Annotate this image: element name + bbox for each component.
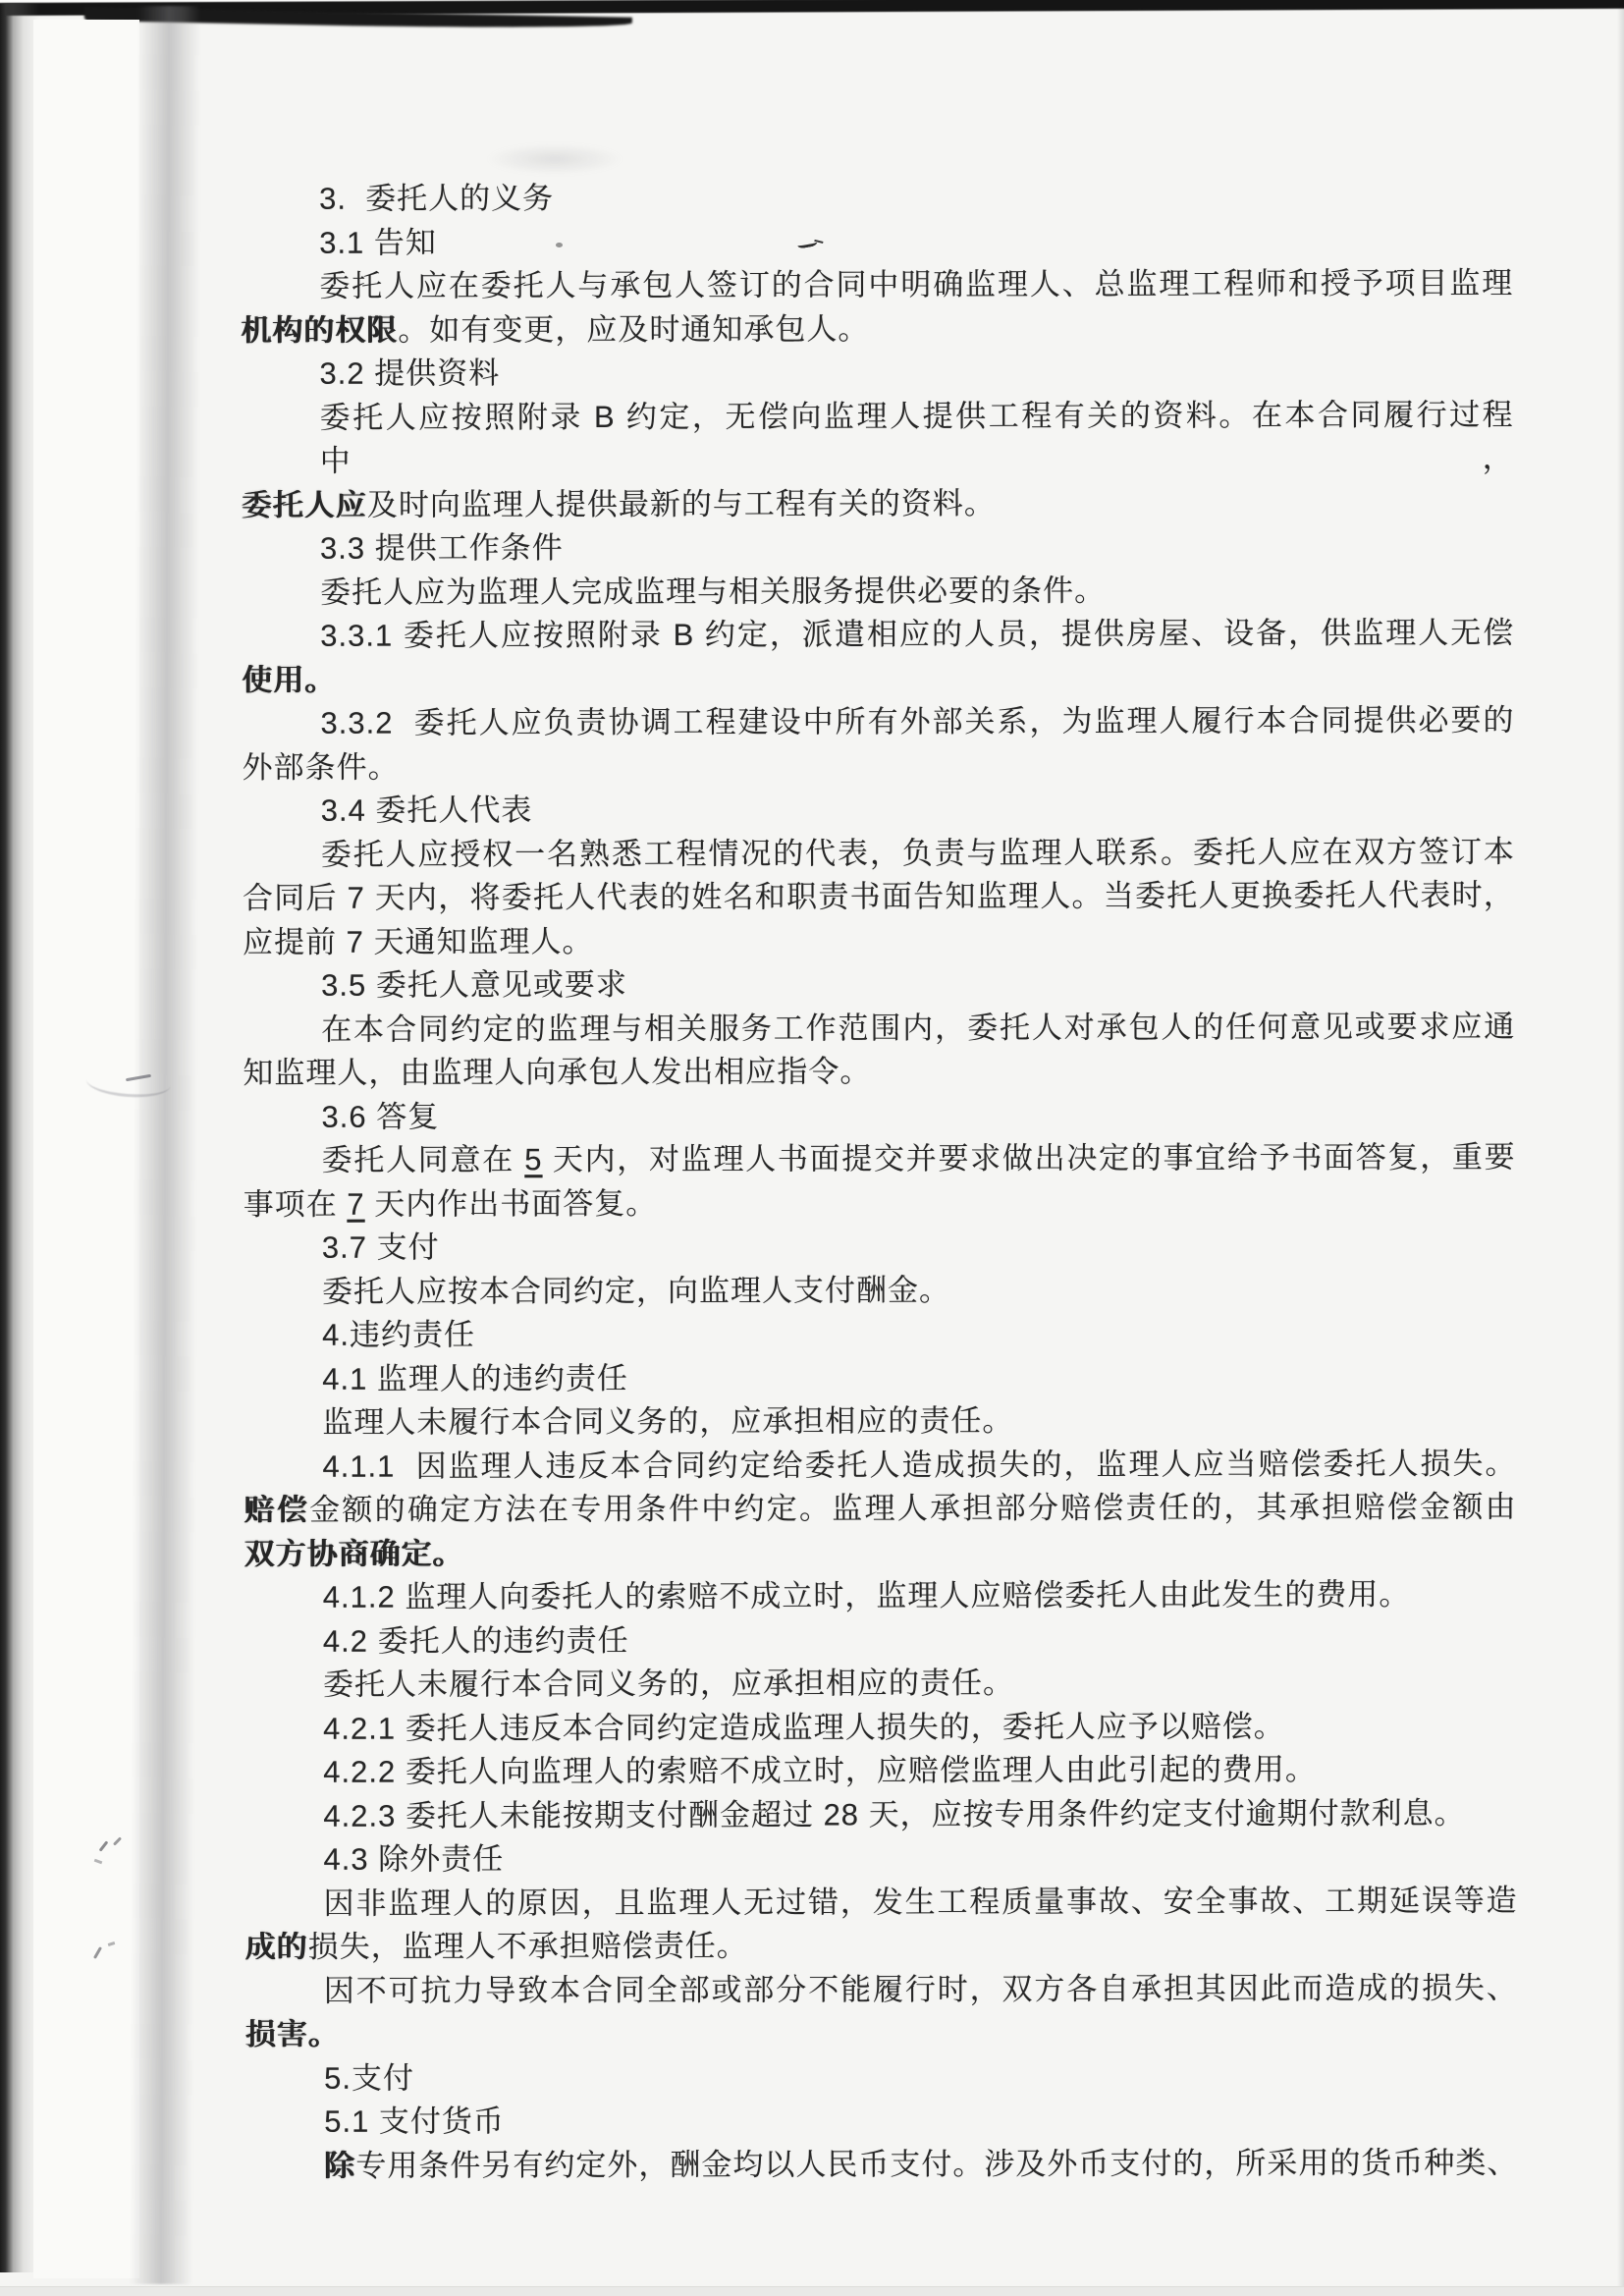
text-segment: 。如有变更，应及时通知承包人。 — [398, 311, 869, 347]
text-line: 事项在 7 天内作出书面答复。 — [244, 1179, 1516, 1227]
contract-text-block: 3. 委托人的义务3.1 告知委托人应在委托人与承包人签订的合同中明确监理人、总… — [241, 175, 1518, 2188]
text-line: 成的损失，监理人不承担赔偿责任。 — [245, 1923, 1518, 1970]
text-line: 4.2.3 委托人未能按期支付酬金超过 28 天，应按专用条件约定支付逾期付款利… — [244, 1791, 1517, 1838]
text-line: 3.2 提供资料 — [241, 350, 1513, 397]
text-line: 使用。 — [242, 655, 1514, 702]
text-line: 3.3 提供工作条件 — [242, 524, 1514, 572]
text-line: 因不可抗力导致本合同全部或部分不能履行时，双方各自承担其因此而造成的损失、 — [245, 1966, 1518, 2013]
text-line: 4.1.2 监理人向委托人的索赔不成立时，监理人应赔偿委托人由此发生的费用。 — [244, 1573, 1517, 1620]
scanned-contract-page: { "page": { "kind": "scanned contract pa… — [0, 0, 1624, 2296]
text-line: 应提前 7 天通知监理人。 — [243, 917, 1515, 964]
text-segment: 委托人应为监理人完成监理与相关服务提供必要的条件。 — [320, 573, 1106, 609]
text-segment: 3.3.2 委托人应负责协调工程建设中所有外部关系，为监理人履行本合同提供必要的 — [320, 703, 1514, 740]
text-segment: 专用条件另有约定外，酬金均以人民币支付。涉及外币支付的，所采用的货币种类、 — [355, 2145, 1518, 2182]
text-line: 委托人应按照附录 B 约定，无偿向监理人提供工程有关的资料。在本合同履行过程中， — [242, 393, 1514, 483]
text-line: 3.5 委托人意见或要求 — [243, 961, 1515, 1009]
text-line: 5.支付 — [245, 2053, 1518, 2101]
text-segment: 监理人未履行本合同义务的，应承担相应的责任。 — [322, 1403, 1013, 1440]
text-line: 3.1 告知 — [241, 218, 1513, 265]
text-segment: 4.2.1 委托人违反本合同约定造成监理人损失的，委托人应予以赔偿。 — [323, 1709, 1285, 1746]
text-segment: 事项在 — [244, 1186, 348, 1221]
text-segment: 委托人应 — [242, 487, 367, 521]
text-segment: 机构的权限 — [241, 312, 398, 347]
text-line: 4.1.1 因监理人违反本合同约定给委托人造成损失的，监理人应当赔偿委托人损失。 — [244, 1442, 1516, 1489]
filled-blank-value: 5 — [524, 1142, 542, 1176]
text-line: 外部条件。 — [243, 742, 1515, 790]
text-segment: 5.1 支付货币 — [324, 2104, 505, 2138]
text-line: 4.3 除外责任 — [244, 1835, 1517, 1883]
text-segment: 3.2 提供资料 — [319, 355, 500, 390]
text-line: 双方协商确定。 — [244, 1529, 1517, 1576]
text-segment: 4.3 除外责任 — [323, 1841, 504, 1876]
text-line: 4.2.1 委托人违反本合同约定造成监理人损失的，委托人应予以赔偿。 — [244, 1704, 1517, 1751]
text-segment: 赔偿 — [244, 1493, 310, 1527]
text-line: 委托人应在委托人与承包人签订的合同中明确监理人、总监理工程师和授予项目监理 — [241, 262, 1513, 309]
text-line: 3.4 委托人代表 — [243, 787, 1515, 834]
text-line: 因非监理人的原因，且监理人无过错，发生工程质量事故、安全事故、工期延误等造 — [245, 1879, 1518, 1926]
text-segment: 3.6 答复 — [321, 1099, 439, 1133]
text-segment: 3.4 委托人代表 — [321, 793, 533, 828]
text-line: 委托人应按本合同约定，向监理人支付酬金。 — [244, 1267, 1516, 1314]
text-line: 3.7 支付 — [244, 1224, 1516, 1271]
text-segment: 知监理人，由监理人向承包人发出相应指令。 — [243, 1054, 871, 1090]
text-segment: 双方协商确定。 — [244, 1536, 464, 1571]
text-segment: 4.2 委托人的违约责任 — [323, 1622, 629, 1658]
text-segment: 3. 委托人的义务 — [319, 181, 554, 216]
text-line: 4.违约责任 — [244, 1311, 1516, 1358]
ink-bleed-smudge — [486, 143, 623, 175]
page-edge-right-shadow — [1617, 0, 1624, 2296]
text-segment: 3.5 委托人意见或要求 — [321, 967, 627, 1003]
text-line: 监理人未履行本合同义务的，应承担相应的责任。 — [244, 1398, 1516, 1446]
text-line: 4.2 委托人的违约责任 — [244, 1616, 1517, 1664]
text-segment: 金额的确定方法在专用条件中约定。监理人承担部分赔偿责任的，其承担赔偿金额由 — [309, 1490, 1517, 1527]
text-segment: 3.3.1 委托人应按照附录 B 约定，派遣相应的人员，提供房屋、设备，供监理人… — [320, 616, 1514, 653]
text-segment: 应提前 7 天通知监理人。 — [243, 924, 594, 959]
text-segment: 及时向监理人提供最新的与工程有关的资料。 — [367, 485, 996, 521]
text-segment: 外部条件。 — [243, 749, 400, 784]
text-segment: 在本合同约定的监理与相关服务工作范围内，委托人对承包人的任何意见或要求应通 — [321, 1009, 1515, 1046]
text-line: 3. 委托人的义务 — [241, 175, 1513, 222]
text-segment: 3.1 告知 — [319, 225, 437, 259]
text-line: 4.2.2 委托人向监理人的索赔不成立时，应赔偿监理人由此引起的费用。 — [244, 1748, 1517, 1795]
text-segment: 损失，监理人不承担赔偿责任。 — [308, 1929, 748, 1964]
text-segment: 4.2.2 委托人向监理人的索赔不成立时，应赔偿监理人由此引起的费用。 — [323, 1752, 1317, 1789]
text-segment: 委托人应按照附录 B 约定，无偿向监理人提供工程有关的资料。在本合同履行过程中， — [320, 397, 1514, 478]
text-segment: 4.违约责任 — [322, 1317, 475, 1351]
text-line: 机构的权限。如有变更，应及时通知承包人。 — [241, 305, 1513, 353]
text-segment: 委托人同意在 — [322, 1142, 525, 1177]
text-line: 3.6 答复 — [243, 1092, 1515, 1139]
text-line: 损害。 — [245, 2010, 1518, 2057]
text-line: 委托人应及时向监理人提供最新的与工程有关的资料。 — [242, 480, 1514, 527]
text-segment: 委托人应授权一名熟悉工程情况的代表，负责与监理人联系。委托人应在双方签订本 — [321, 834, 1515, 871]
text-line: 在本合同约定的监理与相关服务工作范围内，委托人对承包人的任何意见或要求应通 — [243, 1005, 1515, 1052]
filled-blank-value: 7 — [347, 1186, 364, 1221]
text-line: 委托人同意在 5 天内，对监理人书面提交并要求做出决定的事宜给予书面答复，重要 — [244, 1136, 1516, 1183]
text-line: 委托人应为监理人完成监理与相关服务提供必要的条件。 — [242, 568, 1514, 615]
text-line: 5.1 支付货币 — [245, 2098, 1518, 2145]
text-segment: 3.3 提供工作条件 — [320, 530, 564, 566]
text-segment: 使用。 — [242, 662, 336, 696]
text-line: 知监理人，由监理人向承包人发出相应指令。 — [243, 1049, 1515, 1096]
text-line: 委托人应授权一名熟悉工程情况的代表，负责与监理人联系。委托人应在双方签订本 — [243, 830, 1515, 877]
text-segment: 成的 — [245, 1930, 308, 1964]
text-segment: 5.支付 — [324, 2060, 414, 2095]
text-segment: 4.1.1 因监理人违反本合同约定给委托人造成损失的，监理人应当赔偿委托人损失。 — [322, 1446, 1516, 1483]
binding-crease-shadow — [130, 6, 200, 2284]
text-line: 合同后 7 天内，将委托人代表的姓名和职责书面告知监理人。当委托人更换委托人代表… — [243, 874, 1515, 921]
text-line: 委托人未履行本合同义务的，应承担相应的责任。 — [244, 1661, 1517, 1708]
text-segment: 3.7 支付 — [322, 1230, 440, 1264]
text-segment: 因不可抗力导致本合同全部或部分不能履行时，双方各自承担其因此而造成的损失、 — [324, 1970, 1518, 2007]
text-line: 3.3.2 委托人应负责协调工程建设中所有外部关系，为监理人履行本合同提供必要的 — [242, 699, 1514, 746]
text-segment: 委托人应按本合同约定，向监理人支付酬金。 — [322, 1273, 950, 1309]
text-segment: 委托人未履行本合同义务的，应承担相应的责任。 — [323, 1666, 1014, 1702]
text-segment: 合同后 7 天内，将委托人代表的姓名和职责书面告知监理人。当委托人更换委托人代表… — [243, 878, 1515, 915]
text-segment: 4.1.2 监理人向委托人的索赔不成立时，监理人应赔偿委托人由此发生的费用。 — [323, 1577, 1411, 1614]
text-line: 4.1 监理人的违约责任 — [244, 1354, 1516, 1401]
text-segment: 天内作出书面答复。 — [365, 1185, 658, 1221]
text-segment: 委托人应在委托人与承包人签订的合同中明确监理人、总监理工程师和授予项目监理 — [319, 266, 1513, 303]
text-segment: 4.2.3 委托人未能按期支付酬金超过 28 天，应按专用条件约定支付逾期付款利… — [323, 1795, 1465, 1832]
text-line: 赔偿金额的确定方法在专用条件中约定。监理人承担部分赔偿责任的，其承担赔偿金额由 — [244, 1486, 1516, 1533]
text-segment: 因非监理人的原因，且监理人无过错，发生工程质量事故、安全事故、工期延误等造 — [324, 1883, 1518, 1920]
text-segment: 除 — [324, 2148, 355, 2182]
page-margin-left — [33, 20, 139, 2278]
text-line: 除专用条件另有约定外，酬金均以人民币支付。涉及外币支付的，所采用的货币种类、 — [245, 2141, 1518, 2188]
text-segment: 4.1 监理人的违约责任 — [322, 1360, 628, 1395]
bottom-scan-strip — [0, 2286, 1624, 2296]
text-segment: 天内，对监理人书面提交并要求做出决定的事宜给予书面答复，重要 — [542, 1140, 1515, 1177]
text-line: 3.3.1 委托人应按照附录 B 约定，派遣相应的人员，提供房屋、设备，供监理人… — [242, 612, 1514, 659]
text-segment: 损害。 — [245, 2017, 340, 2051]
